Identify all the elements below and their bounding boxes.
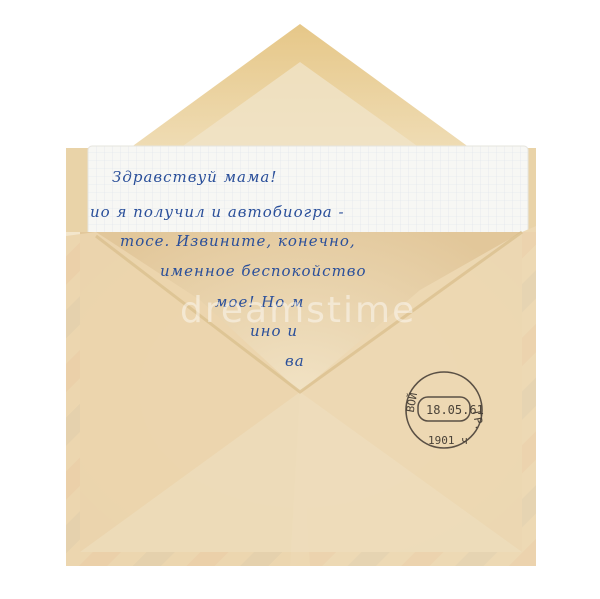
- letter-line-2: ио я получил и автобиогра -: [90, 203, 345, 221]
- watermark: dreamstime: [180, 290, 416, 331]
- letter-line-1: Здравствуй мама!: [112, 168, 277, 186]
- letter-line-3: тосе. Извините, конечно,: [120, 232, 356, 250]
- envelope-photo: Здравствуй мама! ио я получил и автобиог…: [0, 0, 600, 599]
- letter-line-4: именное беспокойство: [160, 262, 367, 280]
- letter-line-7: ва: [285, 352, 305, 370]
- postmark-ring-bottom: 1901 ч: [428, 434, 468, 447]
